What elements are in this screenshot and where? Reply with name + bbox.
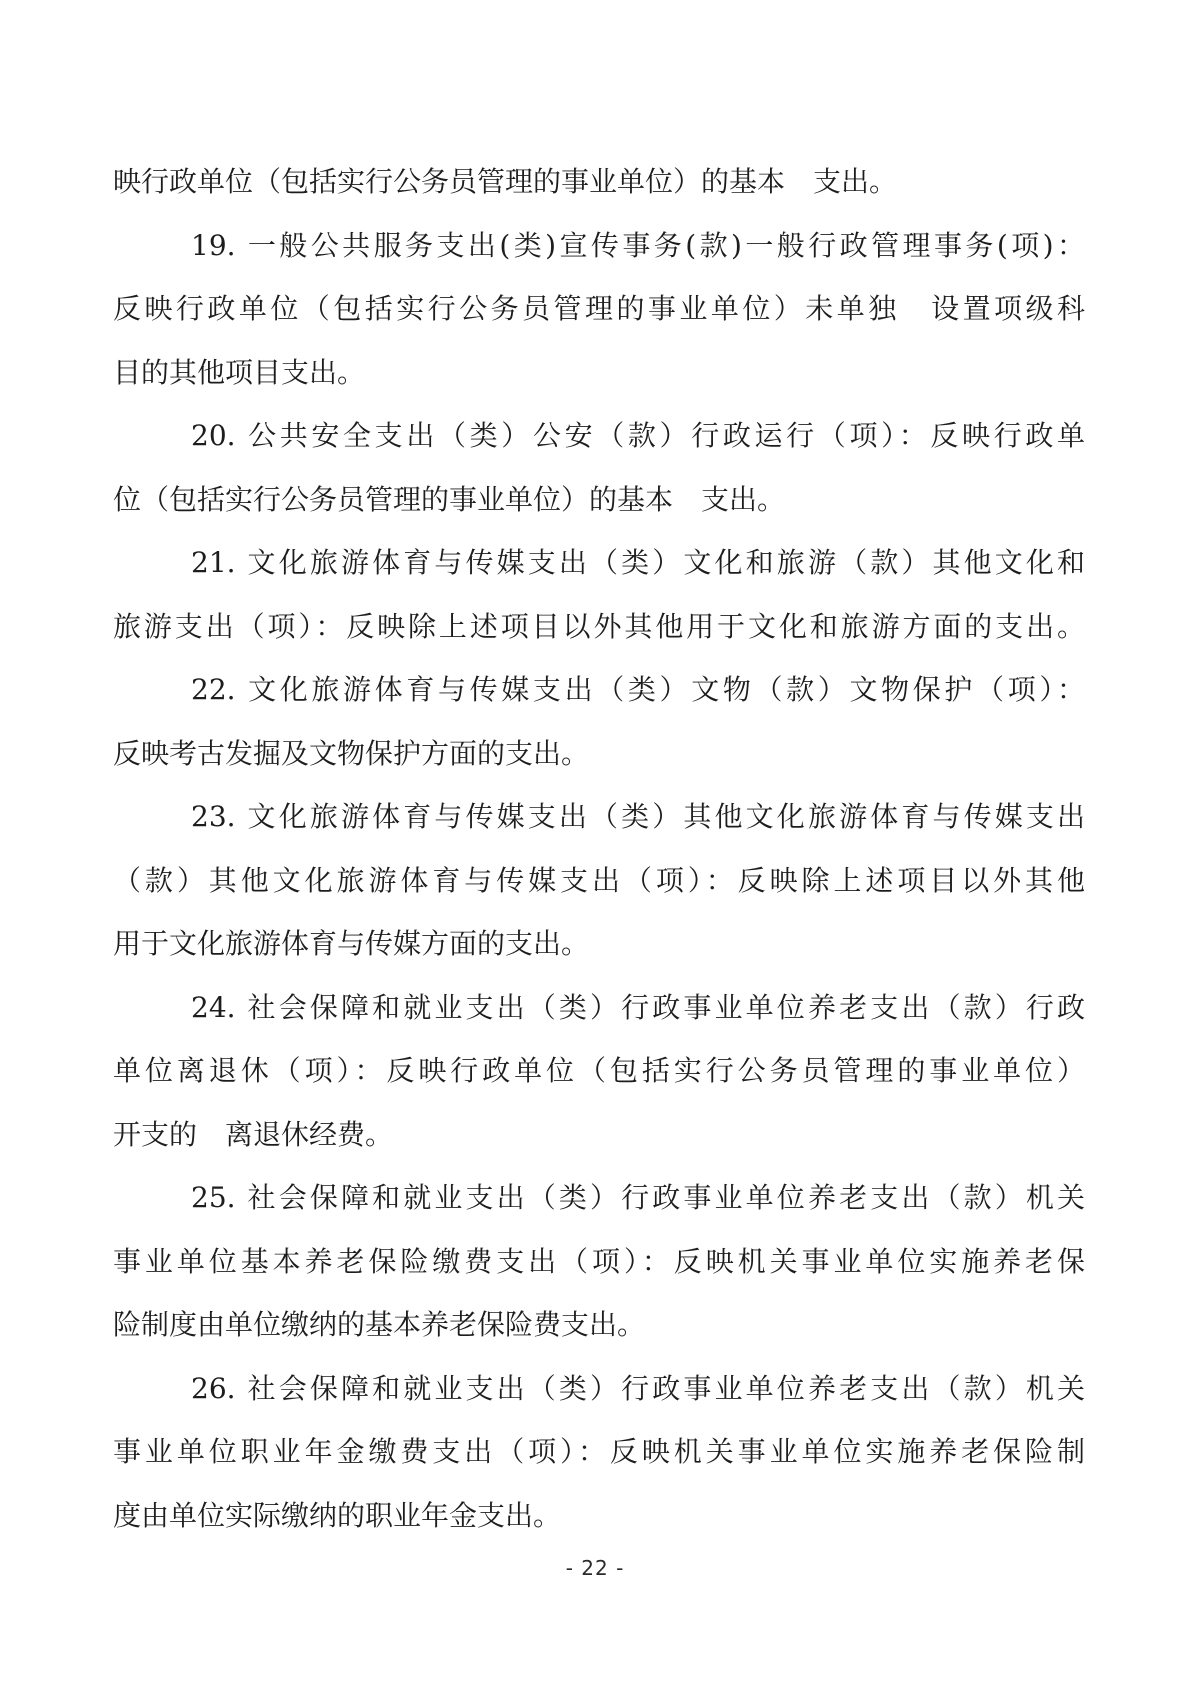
doc-line-9: 反映考古发掘及文物保护方面的支出。 [113,722,1085,786]
doc-line-17: 事业单位基本养老保险缴费支出（项）：反映机关事业单位实施养老保 [113,1230,1085,1294]
doc-line-3: 目的其他项目支出。 [113,341,1085,405]
doc-line-11: （款）其他文化旅游体育与传媒支出（项）：反映除上述项目以外其他 [113,849,1085,913]
document-page: 映行政单位（包括实行公务员管理的事业单位）的基本 支出。 19. 一般公共服务支… [0,0,1190,1683]
doc-line-13-item-24: 24. 社会保障和就业支出（类）行政事业单位养老支出（款）行政 [113,976,1085,1040]
doc-line-20: 事业单位职业年金缴费支出（项）：反映机关事业单位实施养老保险制 [113,1420,1085,1484]
doc-line-2: 反映行政单位（包括实行公务员管理的事业单位）未单独 设置项级科 [113,277,1085,341]
page-number: - 22 - [0,1556,1190,1580]
doc-line-14: 单位离退休（项）：反映行政单位（包括实行公务员管理的事业单位） [113,1039,1085,1103]
doc-line-8-item-22: 22. 文化旅游体育与传媒支出（类）文物（款）文物保护（项）： [113,658,1085,722]
doc-line-16-item-25: 25. 社会保障和就业支出（类）行政事业单位养老支出（款）机关 [113,1166,1085,1230]
doc-line-1-item-19: 19. 一般公共服务支出(类)宣传事务(款)一般行政管理事务(项)： [113,214,1085,278]
doc-line-4-item-20: 20. 公共安全支出（类）公安（款）行政运行（项）：反映行政单 [113,404,1085,468]
doc-line-19-item-26: 26. 社会保障和就业支出（类）行政事业单位养老支出（款）机关 [113,1357,1085,1421]
doc-line-15: 开支的 离退休经费。 [113,1103,1085,1167]
doc-line-0: 映行政单位（包括实行公务员管理的事业单位）的基本 支出。 [113,150,1085,214]
doc-line-7: 旅游支出（项）：反映除上述项目以外其他用于文化和旅游方面的支出。 [113,595,1085,659]
doc-line-10-item-23: 23. 文化旅游体育与传媒支出（类）其他文化旅游体育与传媒支出 [113,785,1085,849]
doc-line-18: 险制度由单位缴纳的基本养老保险费支出。 [113,1293,1085,1357]
doc-line-12: 用于文化旅游体育与传媒方面的支出。 [113,912,1085,976]
doc-line-6-item-21: 21. 文化旅游体育与传媒支出（类）文化和旅游（款）其他文化和 [113,531,1085,595]
page-body: 映行政单位（包括实行公务员管理的事业单位）的基本 支出。 19. 一般公共服务支… [113,150,1085,1547]
doc-line-5: 位（包括实行公务员管理的事业单位）的基本 支出。 [113,468,1085,532]
doc-line-21: 度由单位实际缴纳的职业年金支出。 [113,1484,1085,1548]
